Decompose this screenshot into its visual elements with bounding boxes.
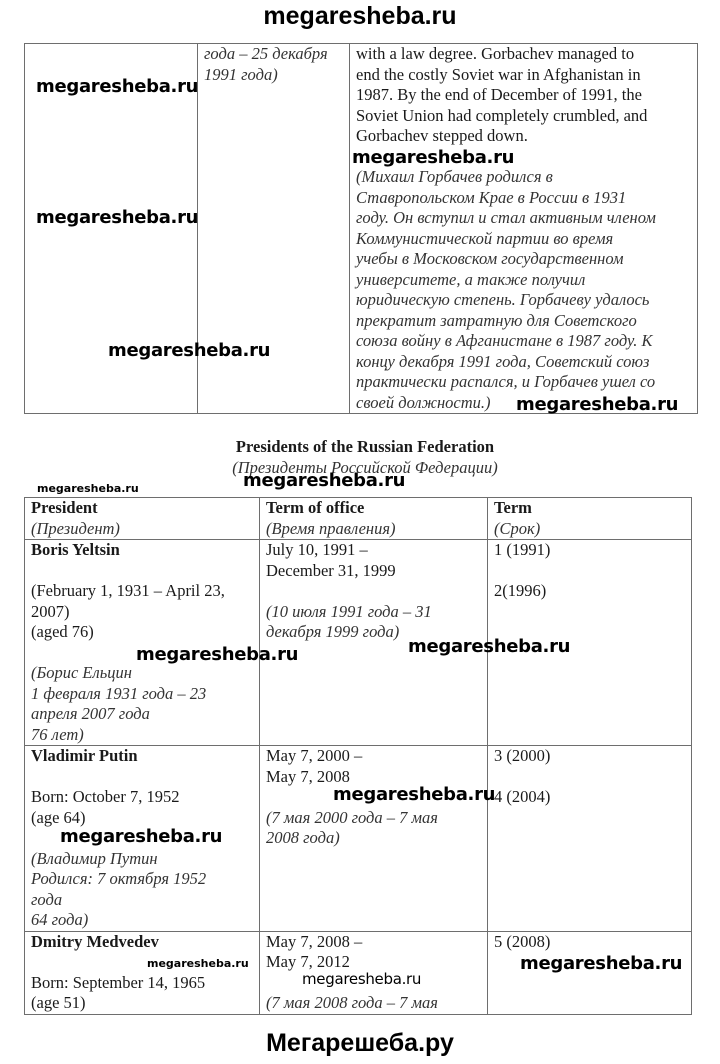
text-line: Born: October 7, 1952 [31,787,253,808]
section-title: Presidents of the Russian Federation [0,436,720,457]
watermark: megaresheba.ru [520,953,682,974]
table-header-row: President (Президент) Term of office (Вр… [25,498,692,540]
watermark: megaresheba.ru [136,644,298,665]
spacer [494,767,685,788]
text-line: with a law degree. Gorbachev managed to [356,44,691,65]
header-president: President (Президент) [25,498,260,540]
text-line: (Михаил Горбачев родился в [356,167,691,188]
watermark: megaresheba.ru [37,482,139,495]
spacer [31,561,253,582]
cell-biography: with a law degree. Gorbachev managed to … [350,44,698,414]
biography-russian: (Михаил Горбачев родился в Ставропольско… [356,167,691,413]
header-term: Term (Срок) [488,498,692,540]
text-line: практически распался, и Горбачев ушел со [356,372,691,393]
cell-president: Boris Yeltsin (February 1, 1931 – April … [25,540,260,746]
text-line: 1 (1991) [494,540,685,561]
text-line: апреля 2007 года [31,704,253,725]
text-line: университете, а также получил [356,270,691,291]
cell-president: Dmitry Medvedev Born: September 14, 1965… [25,931,260,1014]
text-line: 4 (2004) [494,787,685,808]
site-footer-watermark: Мегарешеба.ру [0,1029,720,1058]
text-line: end the costly Soviet war in Afghanistan… [356,65,691,86]
text-line: 2(1996) [494,581,685,602]
header-sublabel: (Президент) [31,519,253,540]
text-line: (Владимир Путин [31,849,253,870]
text-line: (7 мая 2008 года – 7 мая [266,993,481,1014]
text-line: году. Он вступил и стал активным членом [356,208,691,229]
text-line: Born: September 14, 1965 [31,973,253,994]
text-line: July 10, 1991 – [266,540,481,561]
watermark: megaresheba.ru [60,826,222,847]
header-label: Term of office [266,498,481,519]
text-line: 1987. By the end of December of 1991, th… [356,85,691,106]
text-line: (age 51) [31,993,253,1014]
watermark: megaresheba.ru [408,636,570,657]
text-line: 1 февраля 1931 года – 23 [31,684,253,705]
text-line: Soviet Union had completely crumbled, an… [356,106,691,127]
watermark: megaresheba.ru [108,340,270,361]
text-line: года [31,890,253,911]
text-line: Родился: 7 октября 1952 [31,869,253,890]
text-line: December 31, 1999 [266,561,481,582]
president-info-ru: (Владимир Путин Родился: 7 октября 1952 … [31,849,253,931]
president-info-ru: (Борис Ельцин 1 февраля 1931 года – 23 а… [31,663,253,745]
text-line: учебы в Московском государственном [356,249,691,270]
text-line: 5 (2008) [494,932,685,953]
text-line: (age 64) [31,808,253,829]
text-line: 2008 года) [266,828,481,849]
text-line: 3 (2000) [494,746,685,767]
text-line: May 7, 2008 – [266,932,481,953]
cell-term: 3 (2000) 4 (2004) [488,746,692,932]
text-line: 2007) [31,602,253,623]
watermark: megaresheba.ru [302,970,421,988]
text-line: 1991 года) [204,65,343,86]
watermark: megaresheba.ru [516,394,678,415]
spacer [266,581,481,602]
header-sublabel: (Время правления) [266,519,481,540]
text-line: May 7, 2000 – [266,746,481,767]
text-line: (February 1, 1931 – April 23, [31,581,253,602]
president-name: Boris Yeltsin [31,540,253,561]
header-label: President [31,498,253,519]
text-line: (aged 76) [31,622,253,643]
site-header-watermark: megaresheba.ru [0,2,720,31]
text-line: союза войну в Афганистане в 1987 году. К [356,331,691,352]
watermark: megaresheba.ru [333,784,495,805]
text-line: Ставропольском Крае в России в 1931 [356,188,691,209]
header-term-of-office: Term of office (Время правления) [260,498,488,540]
text-line: Коммунистической партии во время [356,229,691,250]
table-row: Boris Yeltsin (February 1, 1931 – April … [25,540,692,746]
text-line: 64 года) [31,910,253,931]
watermark: megaresheba.ru [243,470,405,491]
text-line: концу декабря 1991 года, Советский союз [356,352,691,373]
text-line: юридическую степень. Горбачеву удалось [356,290,691,311]
spacer [31,767,253,788]
text-line: прекратит затратную для Советского [356,311,691,332]
watermark: megaresheba.ru [352,147,514,168]
presidents-table: President (Президент) Term of office (Вр… [24,497,692,1015]
text-line: 76 лет) [31,725,253,746]
header-sublabel: (Срок) [494,519,685,540]
text-line: года – 25 декабря [204,44,343,65]
watermark: megaresheba.ru [36,76,198,97]
watermark: megaresheba.ru [36,207,198,228]
text-line: (7 мая 2000 года – 7 мая [266,808,481,829]
president-name: Dmitry Medvedev [31,932,253,953]
watermark: megaresheba.ru [147,957,249,970]
president-name: Vladimir Putin [31,746,253,767]
biography-english: with a law degree. Gorbachev managed to … [356,44,691,147]
cell-term-of-office: May 7, 2000 – May 7, 2008 (7 мая 2000 го… [260,746,488,932]
spacer [494,561,685,582]
header-label: Term [494,498,685,519]
text-line: (10 июля 1991 года – 31 [266,602,481,623]
text-line: Gorbachev stepped down. [356,126,691,147]
text-line: (Борис Ельцин [31,663,253,684]
